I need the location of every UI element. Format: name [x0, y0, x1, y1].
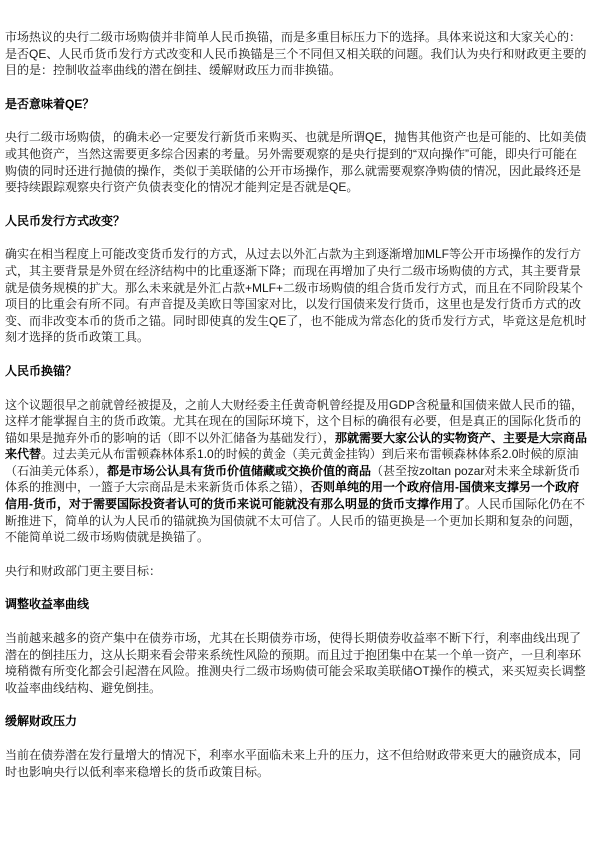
qe-paragraph: 央行二级市场购债，的确未必一定要发行新货币来购买、也就是所谓QE，抛售其他资产也… — [5, 129, 588, 195]
intro-paragraph: 市场热议的央行二级市场购债并非简单人民币换锚，而是多重目标压力下的选择。具体来说… — [5, 29, 588, 79]
document-page: 市场热议的央行二级市场购债并非简单人民币换锚，而是多重目标压力下的选择。具体来说… — [0, 0, 595, 842]
yield-curve-paragraph: 当前越来越多的资产集中在债券市场，尤其在长期债券市场，使得长期债券收益率不断下行… — [5, 630, 588, 696]
goals-lead-paragraph: 央行和财政部门更主要目标： — [5, 563, 588, 580]
section-heading-yield-curve: 调整收益率曲线 — [5, 596, 588, 613]
section-heading-fiscal: 缓解财政压力 — [5, 713, 588, 730]
anchor-run-3-bold: 都是市场公认具有货币价值储藏或交换价值的商品 — [107, 464, 371, 478]
section-heading-qe: 是否意味着QE？ — [5, 96, 588, 113]
section-heading-anchor: 人民币换锚？ — [5, 363, 588, 380]
fiscal-paragraph: 当前在债券潜在发行量增大的情况下，利率水平面临未来上升的压力，这不但给财政带来更… — [5, 747, 588, 780]
issuance-paragraph: 确实在相当程度上可能改变货币发行的方式，从过去以外汇占款为主到逐渐增加MLF等公… — [5, 246, 588, 346]
section-heading-issuance: 人民币发行方式改变？ — [5, 213, 588, 230]
anchor-paragraph: 这个议题很早之前就曾经被提及，之前人大财经委主任黄奇帆曾经提及用GDP含税量和国… — [5, 397, 588, 546]
